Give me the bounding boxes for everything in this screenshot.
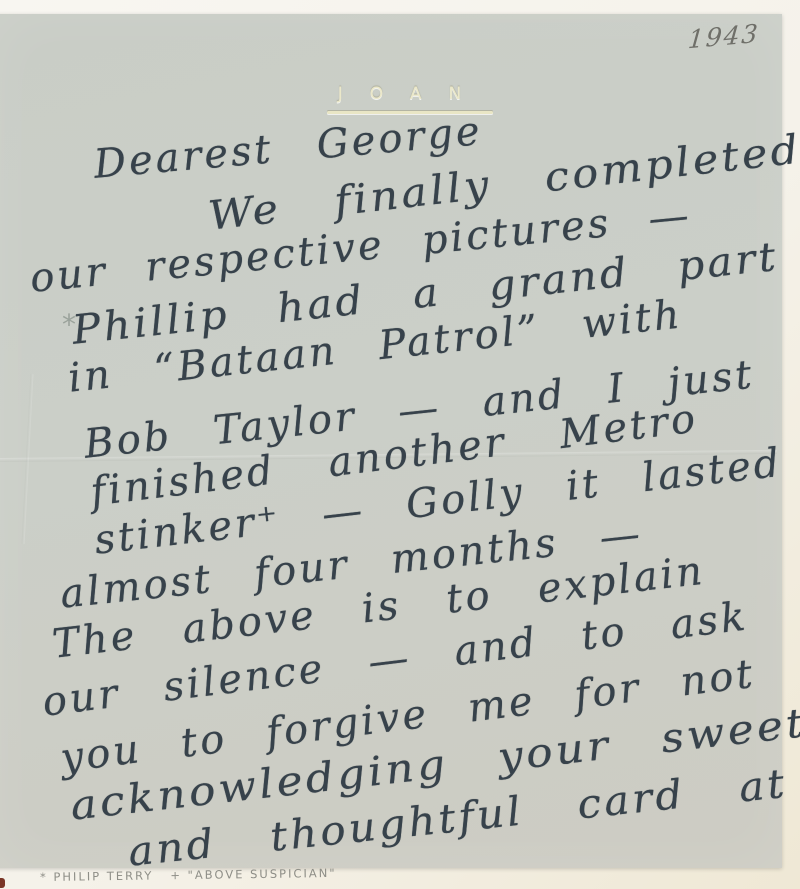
footer-annotation: * PHILIP TERRY + "ABOVE SUSPICIAN" xyxy=(40,866,337,884)
letter-scan: JOAN 1943 * Dearest George We finally co… xyxy=(0,0,800,889)
paper-stain-speck xyxy=(0,878,5,888)
letterhead-name: JOAN xyxy=(325,84,493,104)
